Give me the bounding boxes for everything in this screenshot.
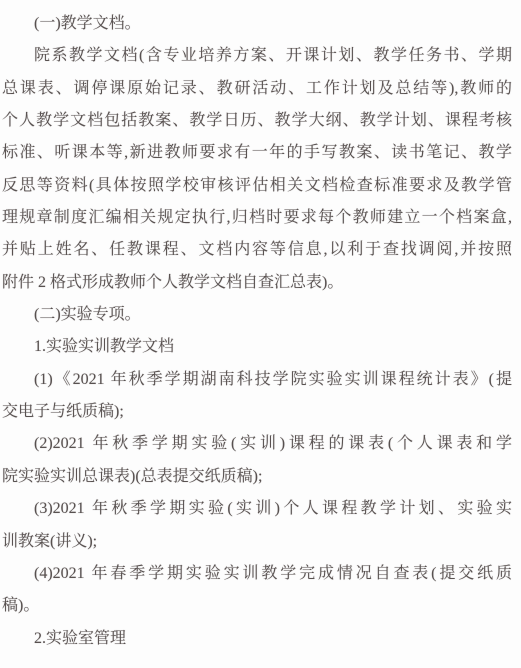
list-item-line: 交电子与纸质稿); — [2, 396, 512, 428]
list-item-line: (4)2021 年春季学期实验实训教学完成情况自查表(提交纸质 — [2, 558, 512, 590]
paragraph-line: 院系教学文档(含专业培养方案、开课计划、教学任务书、学期 — [2, 40, 512, 72]
document-page: (一)教学文档。 院系教学文档(含专业培养方案、开课计划、教学任务书、学期 总课… — [0, 0, 521, 668]
list-item-line: (1)《2021 年秋季学期湖南科技学院实验实训课程统计表》(提 — [2, 364, 512, 396]
paragraph-line: 附件 2 格式形成教师个人教学文档自查汇总表)。 — [2, 267, 512, 299]
paragraph-line: 个人教学文档包括教案、教学日历、教学大纲、教学计划、课程考核 — [2, 105, 512, 137]
section-1-heading: (一)教学文档。 — [2, 8, 512, 40]
subsection-2-heading: 2.实验室管理 — [2, 623, 512, 655]
paragraph-line: 理规章制度汇编相关规定执行,归档时要求每个教师建立一个档案盒, — [2, 202, 512, 234]
paragraph-line: 标准、听课本等,新进教师要求有一年的手写教案、读书笔记、教学 — [2, 137, 512, 169]
list-item-line: 院实验实训总课表)(总表提交纸质稿); — [2, 461, 512, 493]
subsection-1-heading: 1.实验实训教学文档 — [2, 331, 512, 363]
list-item-line: 稿)。 — [2, 590, 512, 622]
paragraph-line: 总课表、调停课原始记录、教研活动、工作计划及总结等),教师的 — [2, 73, 512, 105]
list-item-line: (2)2021 年秋季学期实验(实训)课程的课表(个人课表和学 — [2, 428, 512, 460]
paragraph-line: 并贴上姓名、任教课程、文档内容等信息,以利于查找调阅,并按照 — [2, 234, 512, 266]
list-item-line: 训教案(讲义); — [2, 526, 512, 558]
section-2-heading: (二)实验专项。 — [2, 299, 512, 331]
paragraph-line: 反思等资料(具体按照学校审核评估相关文档检查标准要求及教学管 — [2, 170, 512, 202]
list-item-line: (3)2021 年秋季学期实验(实训)个人课程教学计划、实验实 — [2, 493, 512, 525]
